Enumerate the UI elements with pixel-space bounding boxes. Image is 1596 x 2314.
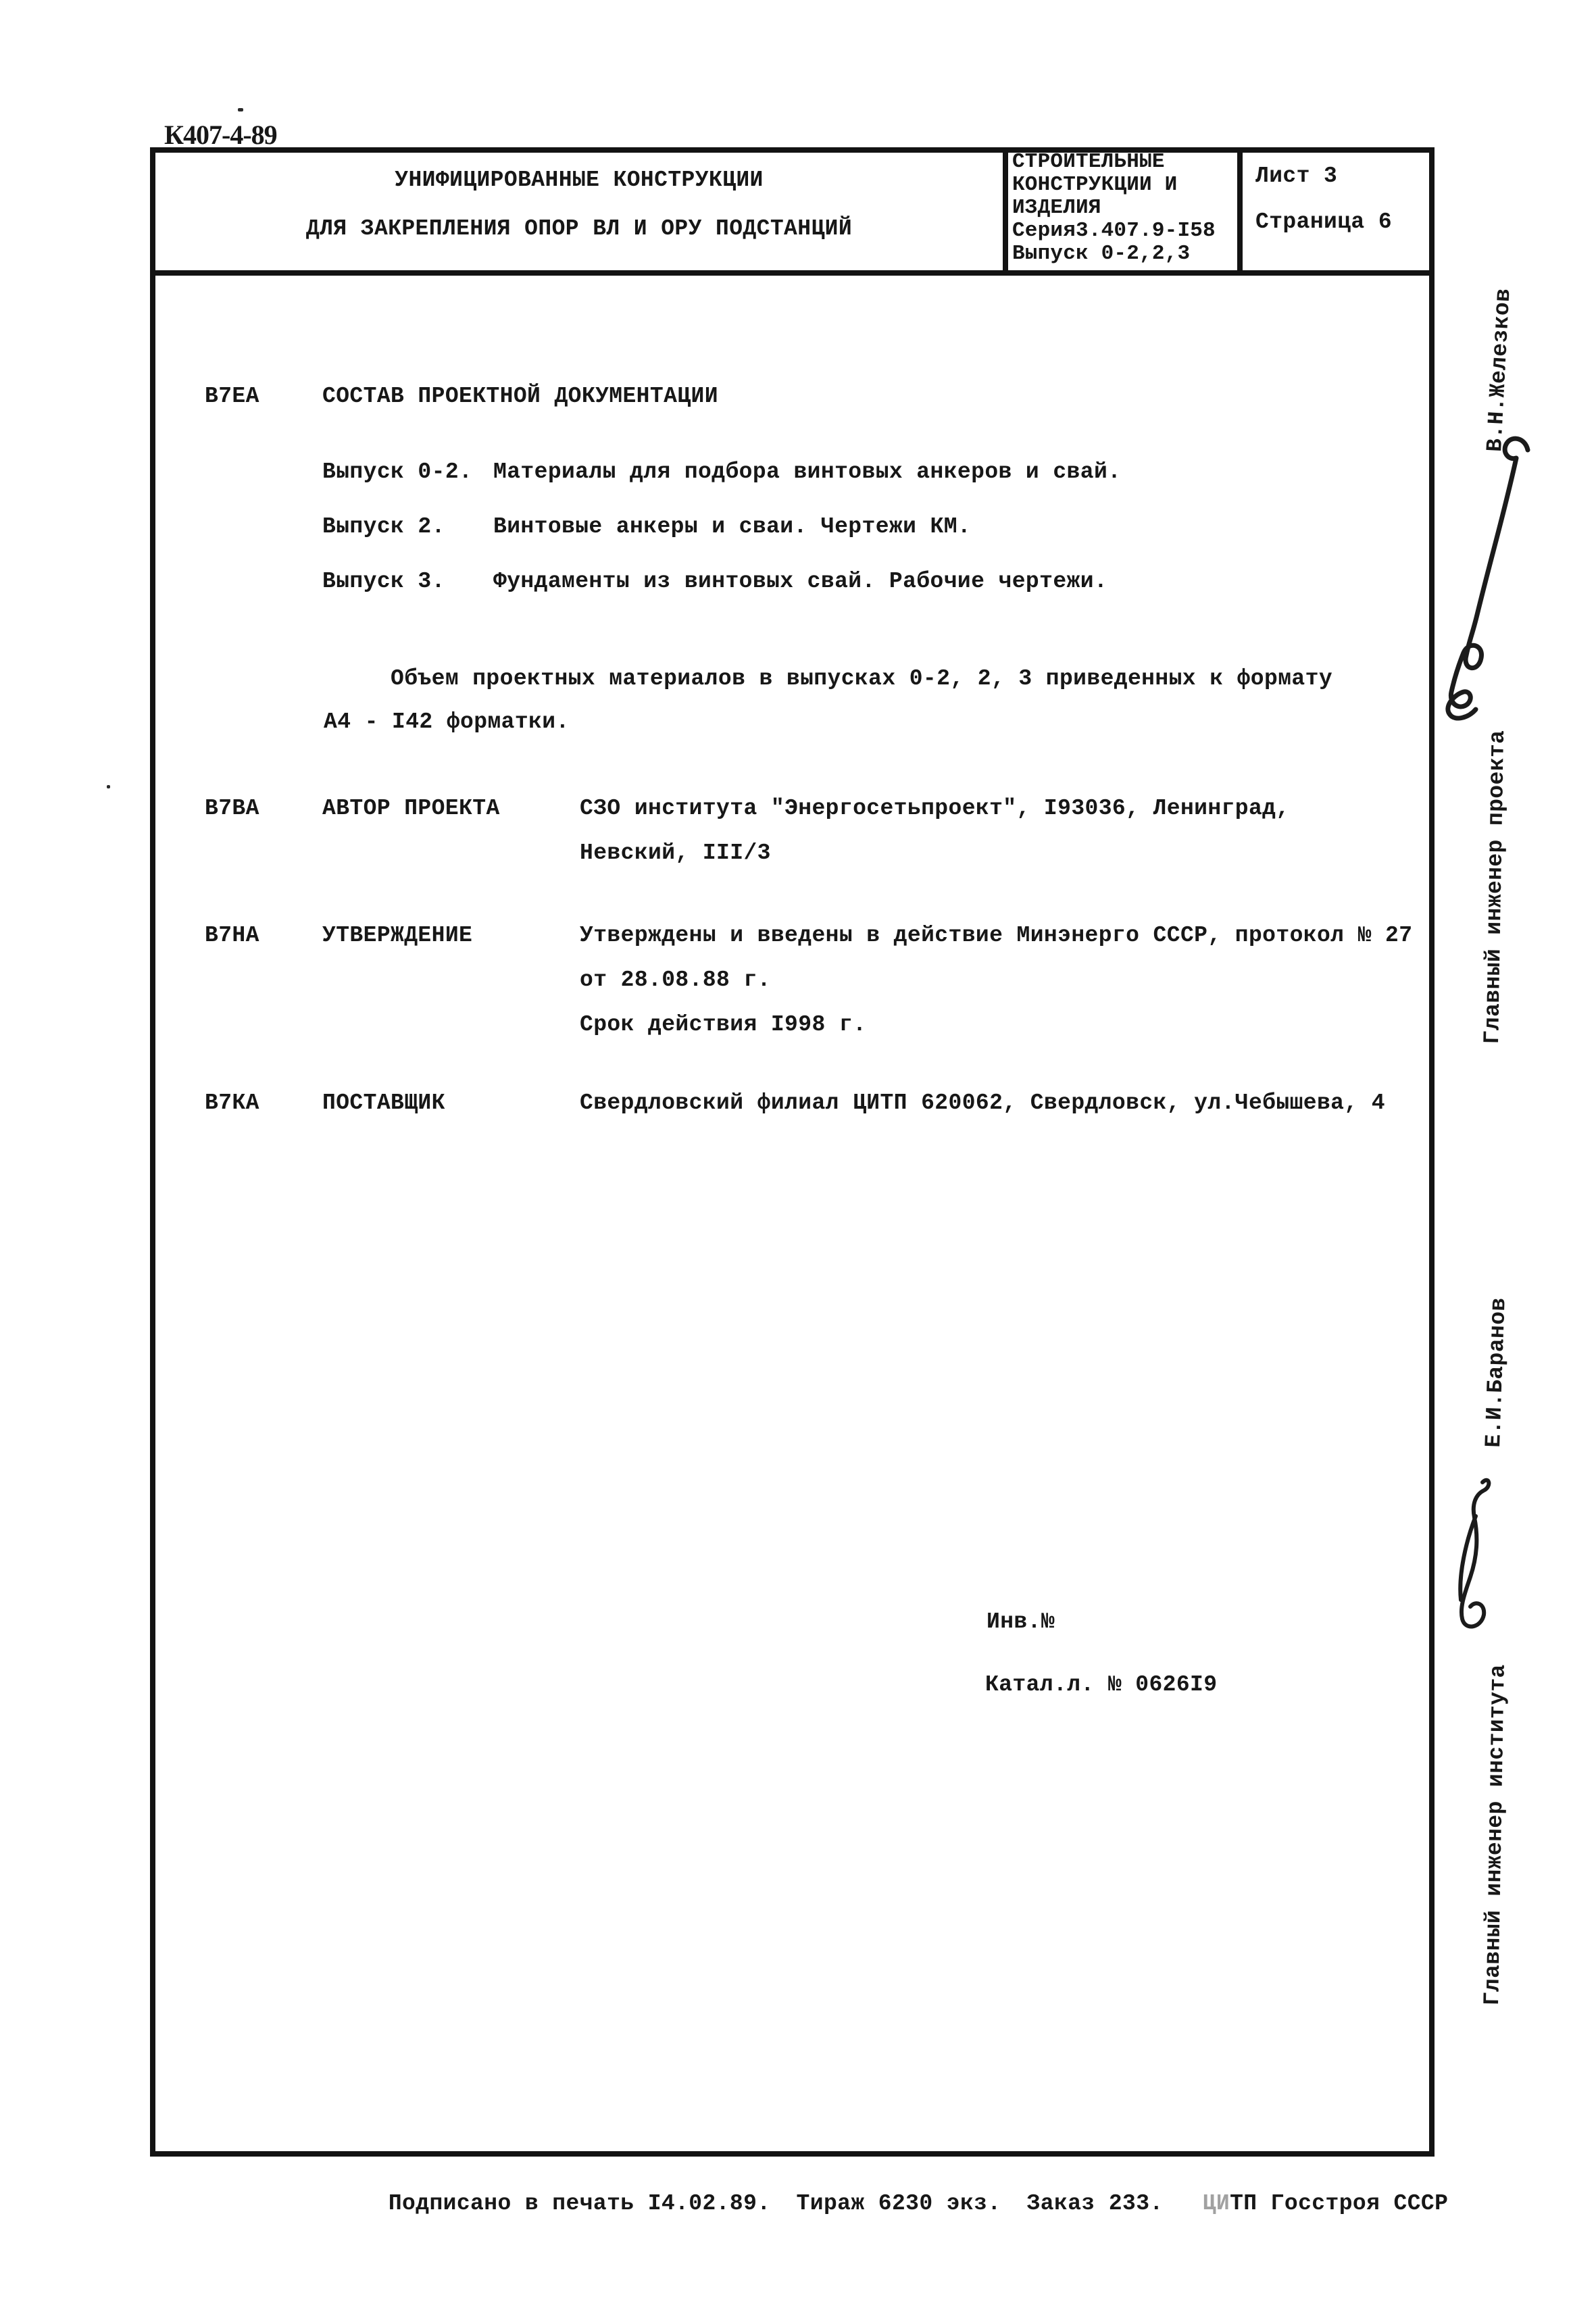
series-line: ИЗДЕЛИЯ — [1012, 197, 1101, 218]
issue-name: Выпуск 2. — [322, 515, 445, 538]
supplier-value-line-1: Свердловский филиал ЦИТП 620062, Свердло… — [580, 1092, 1385, 1114]
sheet-number: Лист 3 — [1255, 165, 1337, 187]
series-line: КОНСТРУКЦИИ И — [1012, 174, 1177, 195]
approval-value-line-2: от 28.08.88 г. — [580, 969, 771, 991]
section-code-approval: В7НА — [205, 924, 259, 947]
margin-role-chief-institute-engineer: Главный инженер института — [1481, 1664, 1510, 2006]
page-number: Страница 6 — [1255, 211, 1392, 233]
series-number: Серия3.407.9-I58 — [1012, 220, 1216, 241]
section-code-composition: В7ЕА — [205, 385, 259, 407]
approval-value-line-3: Срок действия I998 г. — [580, 1013, 866, 1036]
margin-role-chief-project-engineer: Главный инженер проекта — [1481, 730, 1509, 1044]
zhelezkov-signature — [1439, 432, 1534, 723]
section-label-approval: УТВЕРЖДЕНИЕ — [322, 924, 472, 947]
section-label-author: АВТОР ПРОЕКТА — [322, 797, 500, 820]
approval-value-line-1: Утверждены и введены в действие Минэнерг… — [580, 924, 1412, 947]
imprint-publisher-faded: ЦИ — [1203, 2191, 1230, 2216]
inventory-number-label: Инв.№ — [987, 1611, 1055, 1633]
catalog-sheet-number: Катал.л. № 0626I9 — [985, 1674, 1217, 1696]
imprint-line: Подписано в печать I4.02.89.Тираж 6230 э… — [334, 2170, 1448, 2237]
scanned-document-page: К407-4-89 УНИФИЦИРОВАННЫЕ КОНСТРУКЦИИ ДЛ… — [0, 0, 1596, 2314]
institute-engineer-signature — [1451, 1473, 1492, 1635]
issue-desc: Материалы для подбора винтовых анкеров и… — [493, 461, 1121, 483]
series-issues: Выпуск 0-2,2,3 — [1012, 243, 1190, 264]
issue-desc: Винтовые анкеры и сваи. Чертежи КМ. — [493, 515, 971, 538]
scan-speck — [107, 785, 110, 788]
section-code-author: В7ВА — [205, 797, 259, 820]
section-label-composition: СОСТАВ ПРОЕКТНОЙ ДОКУМЕНТАЦИИ — [322, 385, 718, 407]
margin-name-zhelezkov: В.Н.Железков — [1484, 288, 1515, 453]
page-border-frame — [150, 147, 1435, 2157]
header-cell-divider-2 — [1237, 153, 1243, 272]
issue-desc: Фундаменты из винтовых свай. Рабочие чер… — [493, 570, 1107, 593]
document-code: К407-4-89 — [164, 122, 277, 149]
volume-note-line-1: Объем проектных материалов в выпусках 0-… — [391, 668, 1332, 690]
author-value-line-2: Невский, III/3 — [580, 842, 771, 864]
imprint-order: Заказ 233. — [1027, 2191, 1164, 2216]
header-cell-divider-1 — [1003, 153, 1008, 272]
imprint-printed: Подписано в печать I4.02.89. — [389, 2191, 771, 2216]
section-label-supplier: ПОСТАВЩИК — [322, 1092, 445, 1114]
margin-name-baranov: Е.И.Баранов — [1482, 1297, 1510, 1448]
issue-name: Выпуск 3. — [322, 570, 445, 593]
issue-name: Выпуск 0-2. — [322, 461, 472, 483]
doc-title-line-1: УНИФИЦИРОВАННЫЕ КОНСТРУКЦИИ — [155, 169, 1003, 191]
imprint-publisher: ТП Госстроя СССР — [1230, 2191, 1448, 2216]
imprint-print-run: Тираж 6230 экз. — [797, 2191, 1001, 2216]
volume-note-line-2: А4 - I42 форматки. — [324, 711, 570, 733]
author-value-line-1: СЗО института "Энергосетьпроект", I93036… — [580, 797, 1290, 820]
scan-speck — [238, 108, 243, 111]
series-line: СТРОИТЕЛЬНЫЕ — [1012, 151, 1165, 172]
section-code-supplier: В7КА — [205, 1092, 259, 1114]
doc-title-line-2: ДЛЯ ЗАКРЕПЛЕНИЯ ОПОР ВЛ И ОРУ ПОДСТАНЦИЙ — [155, 218, 1003, 240]
